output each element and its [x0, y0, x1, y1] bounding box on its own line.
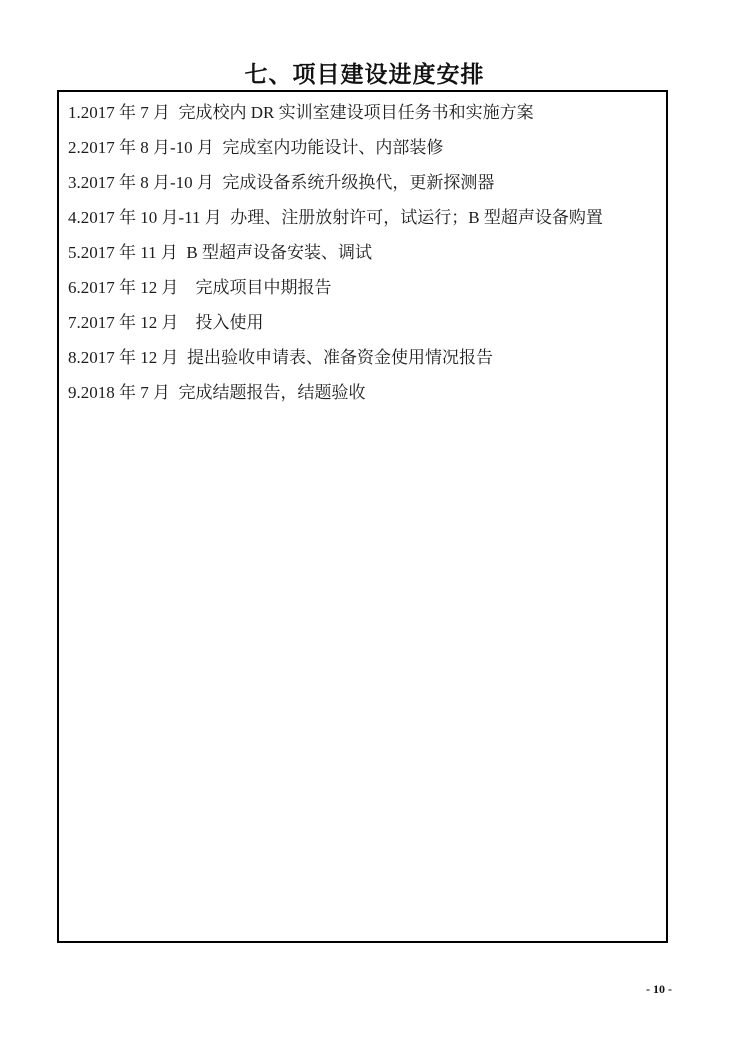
schedule-box: 1.2017 年 7 月 完成校内 DR 实训室建设项目任务书和实施方案 2.2…: [57, 90, 668, 943]
schedule-item-4: 4.2017 年 10 月-11 月 办理、注册放射许可，试运行；B 型超声设备…: [68, 200, 656, 235]
schedule-item-1: 1.2017 年 7 月 完成校内 DR 实训室建设项目任务书和实施方案: [68, 95, 656, 130]
page-title: 七、项目建设进度安排: [0, 56, 729, 89]
schedule-item-5: 5.2017 年 11 月 B 型超声设备安装、调试: [68, 235, 656, 270]
schedule-item-2: 2.2017 年 8 月-10 月 完成室内功能设计、内部装修: [68, 130, 656, 165]
schedule-item-3: 3.2017 年 8 月-10 月 完成设备系统升级换代，更新探测器: [68, 165, 656, 200]
document-page: 七、项目建设进度安排 1.2017 年 7 月 完成校内 DR 实训室建设项目任…: [0, 0, 729, 1043]
schedule-item-7: 7.2017 年 12 月 投入使用: [68, 305, 656, 340]
schedule-item-6: 6.2017 年 12 月 完成项目中期报告: [68, 270, 656, 305]
schedule-item-8: 8.2017 年 12 月 提出验收申请表、准备资金使用情况报告: [68, 340, 656, 375]
page-number: - 10 -: [646, 982, 672, 997]
schedule-item-9: 9.2018 年 7 月 完成结题报告，结题验收: [68, 375, 656, 410]
